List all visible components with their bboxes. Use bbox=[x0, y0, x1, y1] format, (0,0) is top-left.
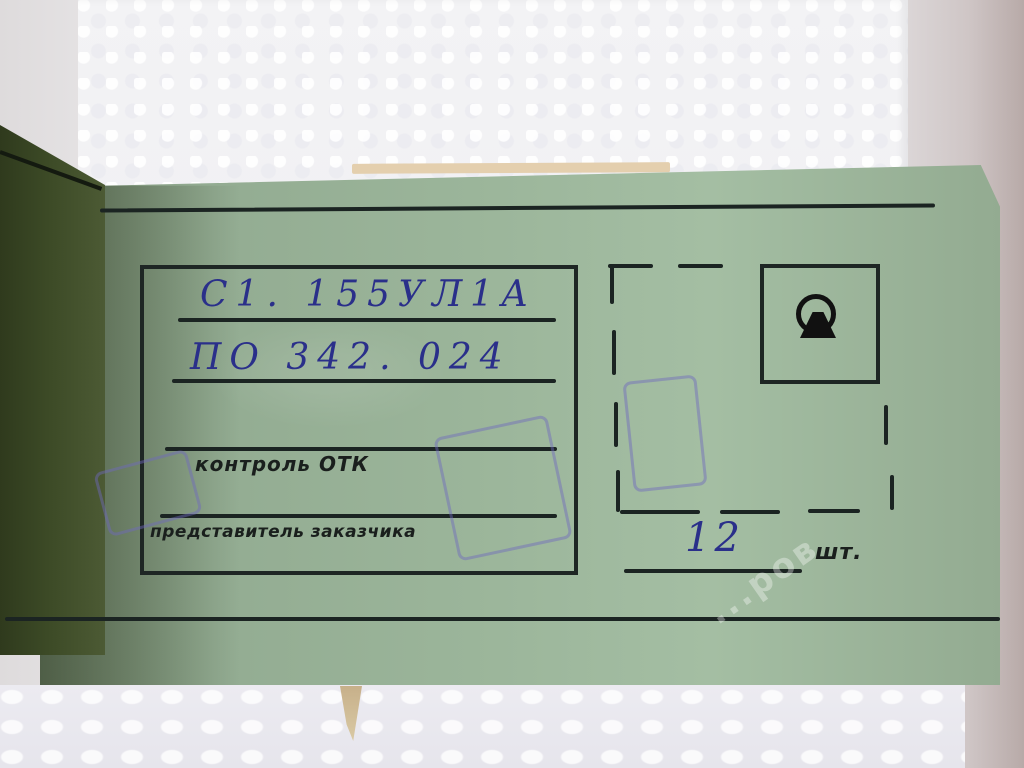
part-number-text: С1. 155УЛ1А bbox=[200, 274, 536, 315]
frame-dash-left-1 bbox=[610, 264, 614, 304]
frame-dash-left-4 bbox=[616, 470, 620, 512]
frame-dash-bottom-1 bbox=[620, 510, 700, 514]
tape-strip bbox=[352, 162, 670, 174]
rule-line-1 bbox=[178, 318, 556, 322]
spec-number-text: ПО 342. 024 bbox=[190, 337, 511, 378]
customer-rep-field-label: представитель заказчика bbox=[150, 522, 416, 542]
frame-dash-top-2 bbox=[678, 264, 723, 268]
frame-dash-left-2 bbox=[612, 330, 616, 375]
frame-dash-right-1 bbox=[884, 405, 888, 445]
rule-line-2 bbox=[172, 379, 556, 383]
qc-field-label: контроль ОТК bbox=[195, 452, 369, 476]
folded-dark-flap bbox=[0, 125, 105, 655]
frame-dash-bottom-2 bbox=[720, 510, 780, 514]
quantity-value: 12 bbox=[685, 515, 744, 561]
faded-stamp-right bbox=[622, 374, 707, 492]
frame-dash-bottom-3 bbox=[808, 509, 860, 513]
styrofoam-lower bbox=[0, 685, 965, 768]
quality-mark-box bbox=[760, 264, 880, 384]
bottom-border-line bbox=[5, 617, 1000, 621]
frame-dash-right-2 bbox=[890, 475, 894, 510]
frame-dash-left-3 bbox=[614, 402, 618, 447]
frame-dash-top-1 bbox=[608, 264, 653, 268]
